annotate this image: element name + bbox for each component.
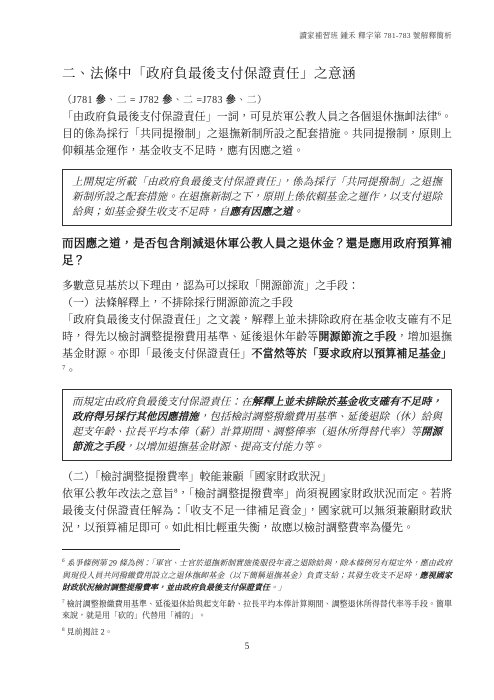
text-segment: 。 [65,365,76,377]
subsection-1-body: 「政府負最後支付保證責任」之文義，解釋上並未排除政府在基金收支確有不足時，得先以… [62,312,452,380]
subheading-1: （一）法條解釋上，不排除採行開源節流之手段 [62,295,452,312]
footnote-7: 7檢討調整撥繳費用基準、延後退休給與起支年齡、拉長平均本俸計算期間、調整退休所得… [62,596,452,623]
footnote-6-text: 系爭條例第 29 條為例：「軍官、士官於退撫新制實施後服役年資之退除給與，除本條… [62,559,452,592]
footnote-6-marker: 6 [62,558,65,564]
text-segment: 依軍公教年改法之意旨 [62,488,174,500]
text-segment: 系爭條例第 29 條為例：「軍官、士官於退撫新制實施後服役年資之退除給與，除本條… [62,559,452,580]
text-segment: 多數意見基於以下理由，認為可以採取「開源節流」之手段： [62,280,359,292]
text-segment: 、二 =J783 [173,95,226,106]
interpretation-reference-line: （J781 參、二 = J782 參、二 =J783 參、二） [62,91,452,106]
running-header: 讀家補習班 鍾禾 釋字第 781-783 號解釋簡析 [62,30,452,41]
text-segment: 不當然等於「要求政府以預算補足基金」 [252,348,453,360]
text-segment: 見前揭註 2。 [67,628,113,637]
text-segment: 參 [226,95,236,106]
text-segment: 。」 [270,583,286,592]
footnote-divider [62,549,180,550]
footnote-7-text: 檢討調整撥繳費用基準、延後退休給與起支年齡、拉長平均本俸計算期間、調整退休所得替… [62,599,452,620]
footnote-6: 6系爭條例第 29 條為例：「軍官、士官於退撫新制實施後服役年資之退除給與，除本… [62,555,452,594]
section-title: 二、法條中「政府負最後支付保證責任」之意涵 [62,62,452,82]
text-segment: 「由政府負最後支付保證責任」一詞，可見於軍公教人員之各個退休撫卹法律 [62,111,438,123]
text-segment: （J781 [62,95,96,106]
quote-box-1: 上開規定所載「由政府負最後支付保證責任」，係為採行「共同提撥制」之退撫新制所設之… [62,169,452,226]
footnote-8: 8見前揭註 2。 [62,624,452,639]
text-segment: ，以增加退撫基金財源、提高支付能力等。 [125,442,325,453]
text-segment: 、二 = J782 [106,95,162,106]
text-segment: （一）法條解釋上，不排除採行開源節流之手段 [62,297,293,309]
document-page: 讀家補習班 鍾禾 釋字第 781-783 號解釋簡析 二、法條中「政府負最後支付… [0,0,494,700]
subheading-2: （二）「檢討調整提撥費率」較能兼顧「國家財政狀況」 [62,469,452,486]
footnote-8-text: 見前揭註 2。 [67,628,113,637]
page-number: 5 [0,641,494,651]
quote-box-2: 而規定由政府負最後支付保證責任：在解釋上並未排除於基金收支確有不足時，政府得另採… [62,389,452,461]
text-segment: 、二） [236,95,267,106]
text-segment: 而因應之道，是否包含削減退休軍公教人員之退休金？還是應用政府預算補足？ [62,238,452,267]
question-paragraph: 而因應之道，是否包含削減退休軍公教人員之退休金？還是應用政府預算補足？ [62,236,452,270]
footnote-section: 6系爭條例第 29 條為例：「軍官、士官於退撫新制實施後服役年資之退除給與，除本… [62,549,452,641]
text-segment: 而規定由政府負最後支付保證責任：在 [72,397,252,408]
footnote-8-marker: 8 [62,627,65,633]
majority-opinion-intro: 多數意見基於以下理由，認為可以採取「開源節流」之手段： [62,278,452,295]
text-segment: 。 [293,207,304,218]
text-segment: 檢討調整撥繳費用基準、延後退休給與起支年齡、拉長平均本俸計算期間、調整退休所得替… [62,599,452,620]
text-segment: 參 [162,95,172,106]
text-segment: 應有因應之道 [230,207,293,218]
text-segment: （二）「檢討調整提撥費率」較能兼顧「國家財政狀況」 [62,471,332,483]
paragraph-intro: 「由政府負最後支付保證責任」一詞，可見於軍公教人員之各個退休撫卹法律6。目的係為… [62,109,452,160]
footnote-7-marker: 7 [62,599,65,605]
subsection-2-body: 依軍公教年改法之意旨8，「檢討調整提撥費率」尚須視國家財政狀況而定。若將最後支付… [62,486,452,537]
text-segment: 參 [96,95,106,106]
text-segment: 開源節流之手段 [318,331,396,343]
